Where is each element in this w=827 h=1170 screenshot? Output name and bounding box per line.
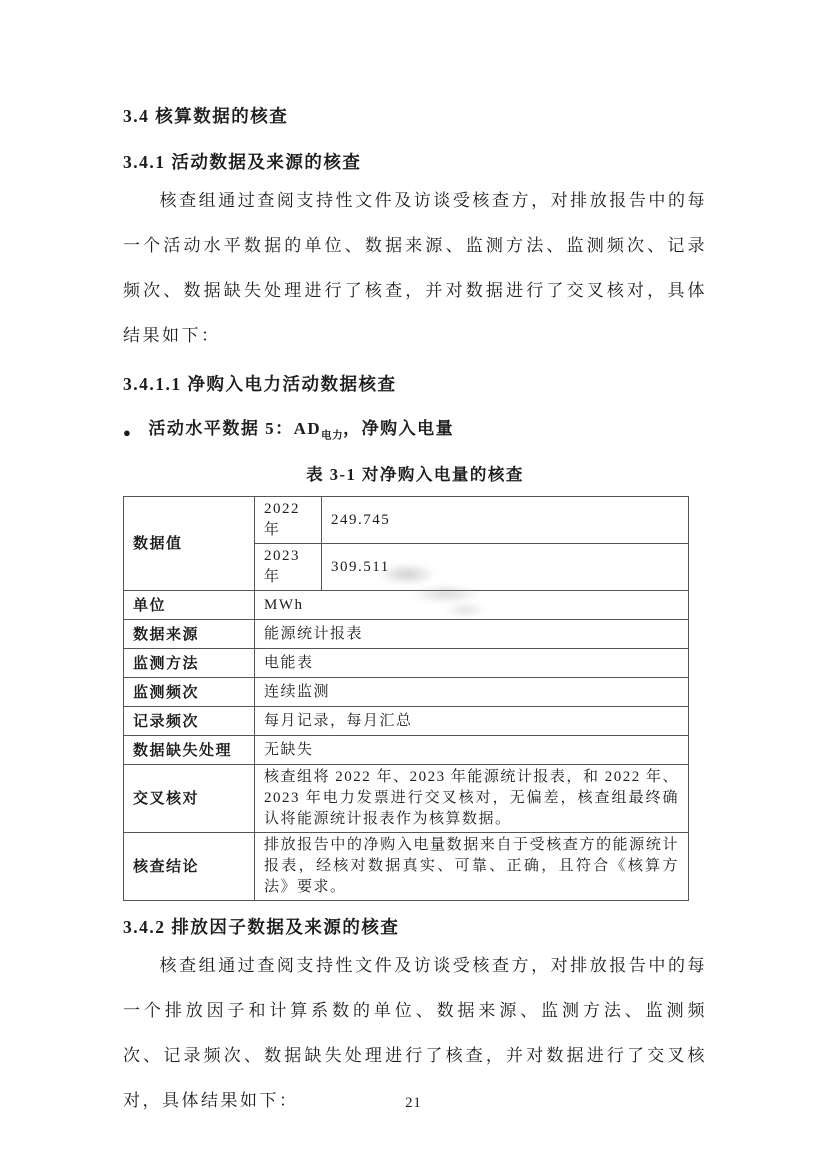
- cell-monitor-method: 电能表: [255, 649, 689, 678]
- table-row-missing-data: 数据缺失处理 无缺失: [124, 736, 689, 765]
- cell-missing-data: 无缺失: [255, 736, 689, 765]
- content-column: 3.4 核算数据的核查 3.4.1 活动数据及来源的核查 核查组通过查阅支持性文…: [123, 0, 707, 1123]
- cell-unit: MWh: [255, 591, 689, 620]
- cell-value-2023: 309.511: [322, 544, 689, 591]
- cell-label-record-frequency: 记录频次: [124, 707, 255, 736]
- table-row-record-frequency: 记录频次 每月记录，每月汇总: [124, 707, 689, 736]
- cell-label-data-source: 数据来源: [124, 620, 255, 649]
- document-page: 3.4 核算数据的核查 3.4.1 活动数据及来源的核查 核查组通过查阅支持性文…: [0, 0, 827, 1170]
- cell-conclusion: 排放报告中的净购入电量数据来自于受核查方的能源统计报表，经核对数据真实、可靠、正…: [255, 833, 689, 901]
- cell-data-source: 能源统计报表: [255, 620, 689, 649]
- bullet-text-prefix: 活动水平数据 5：AD: [148, 419, 321, 438]
- cell-cross-check: 核查组将 2022 年、2023 年能源统计报表，和 2022 年、2023 年…: [255, 765, 689, 833]
- table-row-monitor-frequency: 监测频次 连续监测: [124, 678, 689, 707]
- cell-monitor-frequency: 连续监测: [255, 678, 689, 707]
- cell-record-frequency: 每月记录，每月汇总: [255, 707, 689, 736]
- cell-year-2022: 2022 年: [255, 497, 322, 544]
- table-row-data-source: 数据来源 能源统计报表: [124, 620, 689, 649]
- cell-label-data-value: 数据值: [124, 497, 255, 591]
- table-row-data-value-2022: 数据值 2022 年 249.745: [124, 497, 689, 544]
- cell-label-monitor-method: 监测方法: [124, 649, 255, 678]
- section-heading-3-4: 3.4 核算数据的核查: [123, 104, 707, 128]
- page-number: 21: [0, 1095, 827, 1112]
- section-heading-3-4-1: 3.4.1 活动数据及来源的核查: [123, 150, 707, 174]
- bullet-icon: ●: [123, 421, 132, 445]
- cell-label-missing-data: 数据缺失处理: [124, 736, 255, 765]
- table-row-cross-check: 交叉核对 核查组将 2022 年、2023 年能源统计报表，和 2022 年、2…: [124, 765, 689, 833]
- table-row-unit: 单位 MWh: [124, 591, 689, 620]
- section-heading-3-4-1-1: 3.4.1.1 净购入电力活动数据核查: [123, 372, 707, 396]
- bullet-text: 活动水平数据 5：AD电力，净购入电量: [148, 417, 454, 448]
- bullet-text-suffix: ，净购入电量: [343, 419, 454, 438]
- cell-label-monitor-frequency: 监测频次: [124, 678, 255, 707]
- bullet-text-subscript: 电力: [321, 430, 343, 441]
- cell-label-unit: 单位: [124, 591, 255, 620]
- cell-value-2022: 249.745: [322, 497, 689, 544]
- table-caption: 表 3-1 对净购入电量的核查: [123, 463, 707, 487]
- cell-year-2023: 2023 年: [255, 544, 322, 591]
- cell-label-conclusion: 核查结论: [124, 833, 255, 901]
- table-row-conclusion: 核查结论 排放报告中的净购入电量数据来自于受核查方的能源统计报表，经核对数据真实…: [124, 833, 689, 901]
- bullet-item-activity-level-data: ● 活动水平数据 5：AD电力，净购入电量: [123, 417, 707, 448]
- table-row-monitor-method: 监测方法 电能表: [124, 649, 689, 678]
- section-heading-3-4-2: 3.4.2 排放因子数据及来源的核查: [123, 915, 707, 939]
- verification-table: 数据值 2022 年 249.745 2023 年 309.511 单位 MWh…: [123, 496, 689, 901]
- cell-label-cross-check: 交叉核对: [124, 765, 255, 833]
- paragraph-activity-data: 核查组通过查阅支持性文件及访谈受核查方，对排放报告中的每一个活动水平数据的单位、…: [123, 178, 707, 358]
